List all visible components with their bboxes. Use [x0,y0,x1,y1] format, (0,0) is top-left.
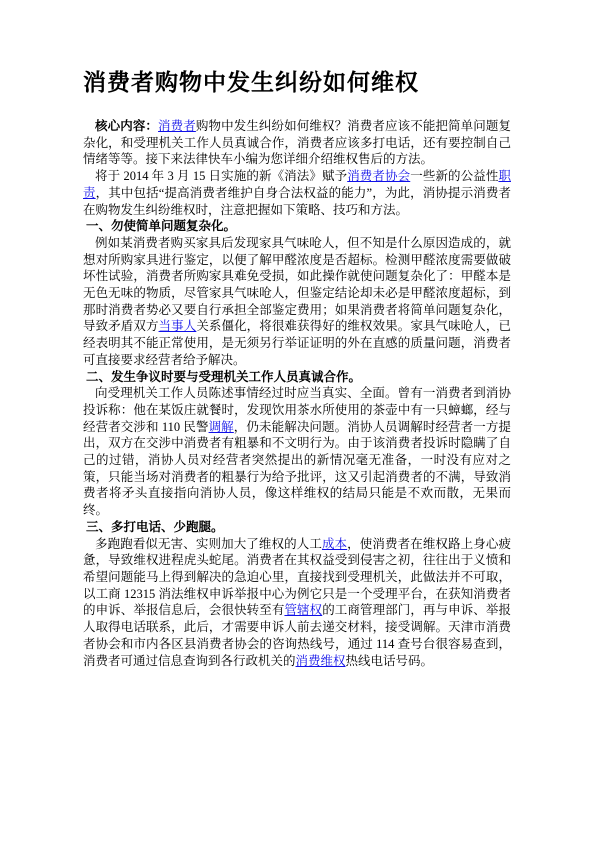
link-consumer-rights[interactable]: 消费维权 [296,654,346,668]
section-heading-3: 三、多打电话、少跑腿。 [83,519,511,536]
body-text-run: 将于 2014 年 3 月 15 日实施的新《消法》赋予 [95,169,347,183]
link-party[interactable]: 当事人 [159,319,197,333]
body-text-run: ，其中包括“提高消费者维护自身合法权益的能力”，为此，消协提示消费者在购物发生纠… [83,186,511,217]
body-text-run: ，仍未能解决问题。消协人员调解时经营者一方提出，双方在交涉中消费者有粗暴和不文明… [83,420,511,518]
link-consumer-association[interactable]: 消费者协会 [347,169,410,183]
core-content-label: 核心内容： [95,119,158,133]
paragraph-core-content: 核心内容：消费者购物中发生纠纷如何维权？消费者应该不能把简单问题复杂化，和受理机… [83,118,511,168]
section-heading-2: 二、发生争议时要与受理机关工作人员真诚合作。 [83,369,511,386]
link-consumer[interactable]: 消费者 [158,119,196,133]
link-jurisdiction[interactable]: 管辖权 [284,603,322,617]
body-text-run: 一些新的公益性 [410,169,498,183]
document-body: 核心内容：消费者购物中发生纠纷如何维权？消费者应该不能把简单问题复杂化，和受理机… [83,118,511,669]
body-text-run: 热线电话号码。 [346,654,434,668]
document-title: 消费者购物中发生纠纷如何维权 [83,68,511,98]
paragraph-phone-advice: 多跑跑看似无害、实则加大了维权的人工成本，使消费者在维权路上身心疲惫，导致维权进… [83,536,511,670]
section-heading-1-text: 一、勿使简单问题复杂化。 [86,219,236,233]
link-mediation[interactable]: 调解 [209,420,234,434]
document-page: 消费者购物中发生纠纷如何维权 核心内容：消费者购物中发生纠纷如何维权？消费者应该… [0,0,595,842]
body-text-run: 多跑跑看似无害、实则加大了维权的人工 [95,537,322,551]
section-heading-2-text: 二、发生争议时要与受理机关工作人员真诚合作。 [86,370,361,384]
paragraph-new-law: 将于 2014 年 3 月 15 日实施的新《消法》赋予消费者协会一些新的公益性… [83,168,511,218]
section-heading-3-text: 三、多打电话、少跑腿。 [86,520,224,534]
paragraph-cooperation-example: 向受理机关工作人员陈述事情经过时应当真实、全面。曾有一消费者到消协投诉称：他在某… [83,385,511,519]
section-heading-1: 一、勿使简单问题复杂化。 [83,218,511,235]
paragraph-furniture-example: 例如某消费者购买家具后发现家具气味呛人，但不知是什么原因造成的，就想对所购家具进… [83,235,511,369]
link-cost[interactable]: 成本 [322,537,347,551]
